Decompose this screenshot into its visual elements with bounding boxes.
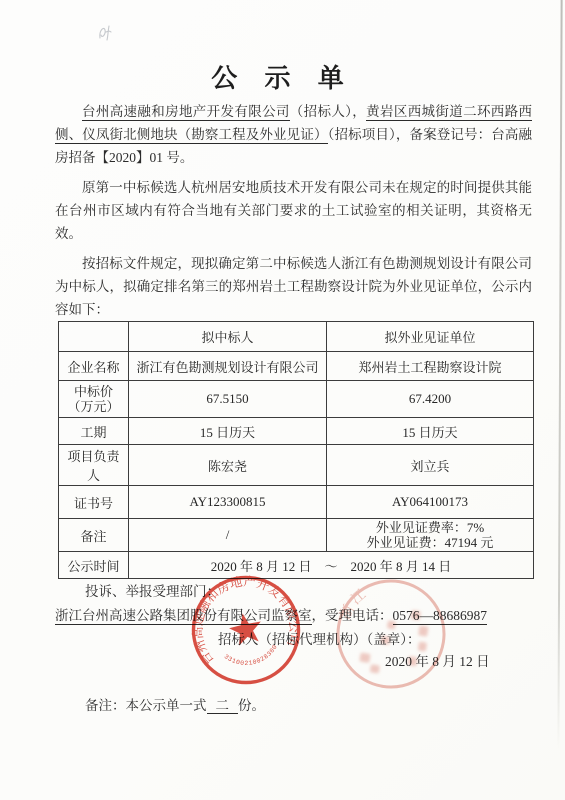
table-row: 中标价 （万元） 67.5150 67.4200 — [59, 381, 534, 418]
header-empty — [59, 322, 129, 352]
copies-count: 二 — [207, 698, 239, 714]
copies-note: 备注：本公示单一式二份。 — [85, 694, 265, 714]
row-label: 公示时间 — [59, 552, 129, 579]
company-winner: 浙江有色勘测规划设计有限公司 — [129, 352, 327, 381]
row-label: 中标价 （万元） — [59, 381, 129, 418]
table-row: 证书号 AY123300815 AY064100173 — [59, 486, 534, 519]
remark-winner: / — [129, 519, 327, 552]
remark-witness: 外业见证费率：7% 外业见证费：47194 元 — [327, 519, 534, 552]
header-witness: 拟外业见证单位 — [327, 322, 534, 352]
cert-witness: AY064100173 — [327, 486, 534, 519]
paragraph-1: 台州高速融和房地产开发有限公司（招标人），黄岩区西城街道二环西路西侧、仪凤街北侧… — [55, 100, 532, 169]
company-witness: 郑州岩土工程勘察设计院 — [327, 352, 534, 381]
price-witness: 67.4200 — [327, 381, 534, 418]
paragraph-3: 按招标文件规定，现拟确定第二中标候选人浙江有色勘测规划设计有限公司为中标人，拟确… — [55, 252, 532, 321]
row-label: 证书号 — [59, 486, 129, 519]
notice-table: 拟中标人 拟外业见证单位 企业名称 浙江有色勘测规划设计有限公司 郑州岩土工程勘… — [58, 321, 534, 579]
manager-witness: 刘立兵 — [327, 445, 534, 486]
row-label: 工期 — [59, 418, 129, 445]
duration-winner: 15 日历天 — [129, 418, 327, 445]
cert-winner: AY123300815 — [129, 486, 327, 519]
table-row: 企业名称 浙江有色勘测规划设计有限公司 郑州岩土工程勘察设计院 — [59, 352, 534, 381]
scanned-notice-page: 公 示 单 台州高速融和房地产开发有限公司（招标人），黄岩区西城街道二环西路西侧… — [0, 0, 565, 800]
bidder-name: 台州高速融和房地产开发有限公司 — [82, 104, 290, 121]
paragraph-2: 原第一中标候选人杭州居安地质技术开发有限公司未在规定的时间提供其能在台州市区域内… — [55, 176, 532, 245]
complaint-contact-line: 浙江台州高速公路集团股份有限公司监察室，受理电话：0576—88686987 — [55, 604, 487, 624]
manager-winner: 陈宏尧 — [129, 445, 327, 486]
row-label: 企业名称 — [59, 352, 129, 381]
row-label: 项目负责人 — [59, 445, 129, 486]
handwritten-mark — [96, 22, 116, 46]
price-winner: 67.5150 — [129, 381, 327, 418]
body-paragraphs: 台州高速融和房地产开发有限公司（招标人），黄岩区西城街道二环西路西侧、仪凤街北侧… — [55, 100, 532, 328]
table-row: 工期 15 日历天 15 日历天 — [59, 418, 534, 445]
header-winner: 拟中标人 — [129, 322, 327, 352]
table-row: 备注 / 外业见证费率：7% 外业见证费：47194 元 — [59, 519, 534, 552]
table-row: 项目负责人 陈宏尧 刘立兵 — [59, 445, 534, 486]
complaint-phone: 0576—88686987 — [393, 608, 488, 625]
publicity-period: 2020 年 8 月 12 日 ～ 2020 年 8 月 14 日 — [129, 552, 534, 579]
complaint-dept-line: 投诉、举报受理部门： — [85, 580, 220, 600]
seal-caption: 招标人（招标代理机构）（盖章）： — [218, 628, 421, 648]
scanner-edge-artifact — [557, 0, 562, 750]
duration-witness: 15 日历天 — [327, 418, 534, 445]
complaint-org: 浙江台州高速公路集团股份有限公司监察室 — [55, 608, 312, 625]
table-row: 公示时间 2020 年 8 月 12 日 ～ 2020 年 8 月 14 日 — [59, 552, 534, 579]
page-title: 公 示 单 — [0, 58, 565, 95]
table-header-row: 拟中标人 拟外业见证单位 — [59, 322, 534, 352]
issue-date: 2020 年 8 月 12 日 — [385, 650, 490, 670]
row-label: 备注 — [59, 519, 129, 552]
